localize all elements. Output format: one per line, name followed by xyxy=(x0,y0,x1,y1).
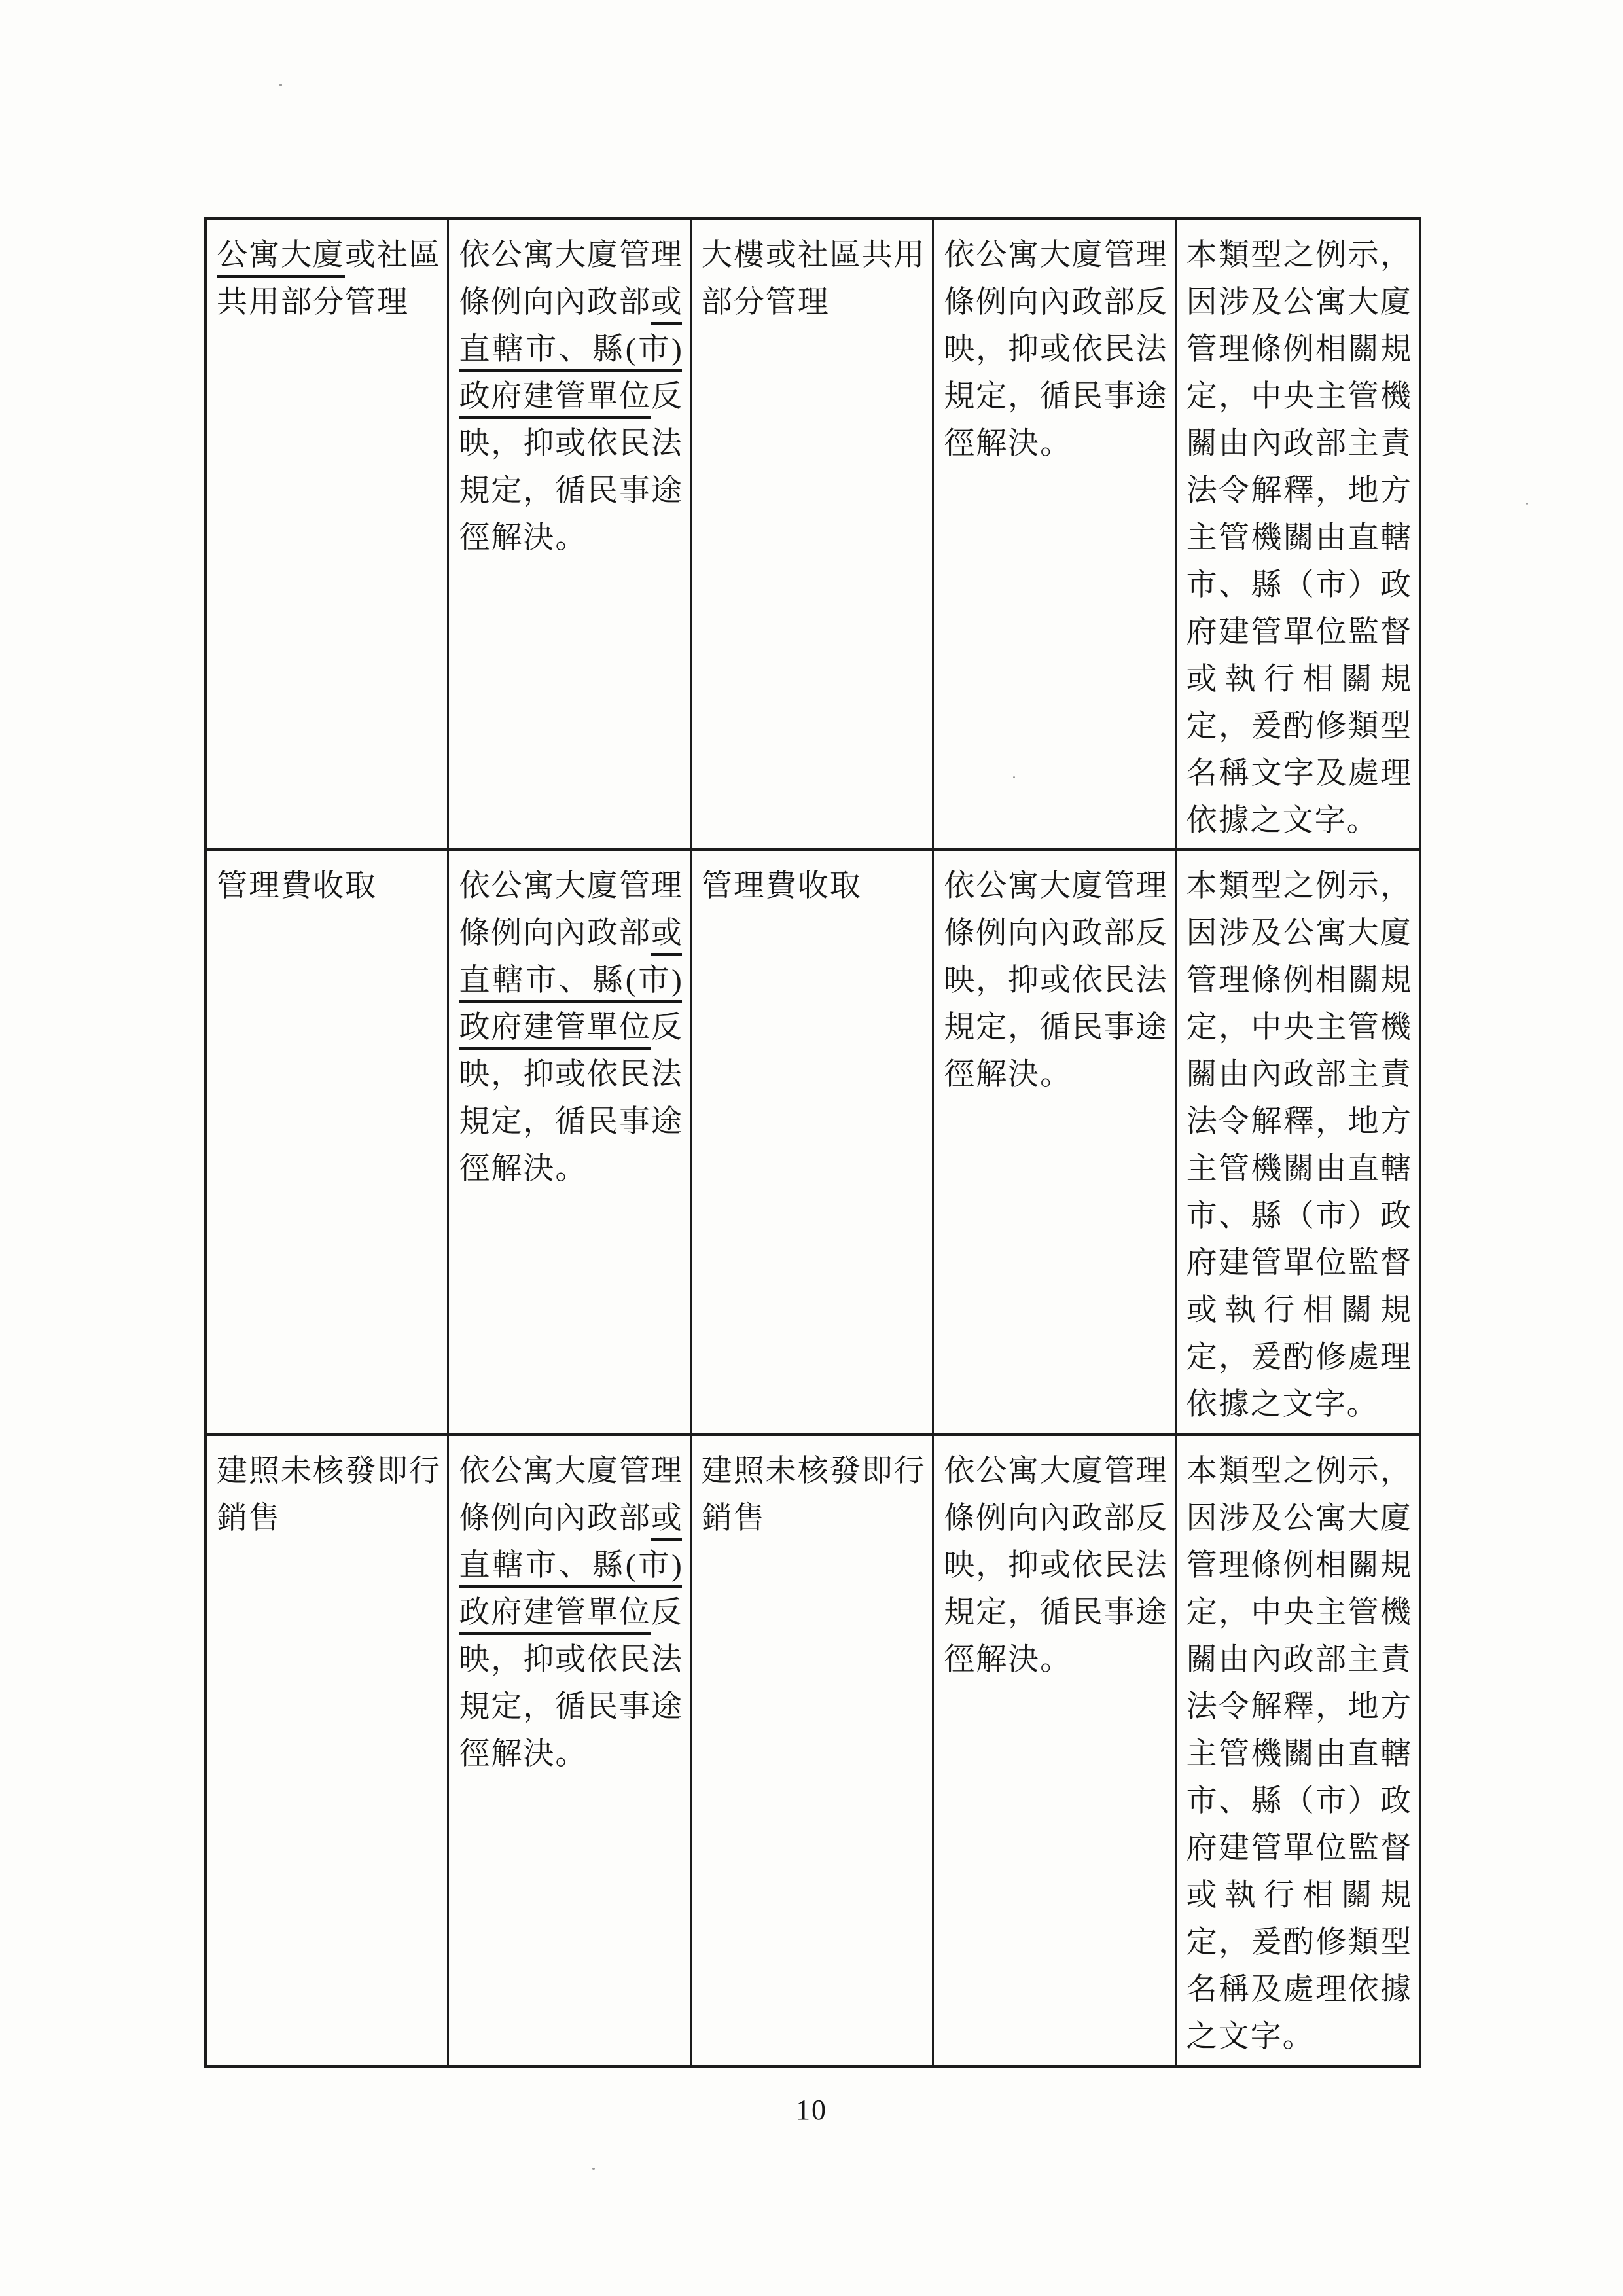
revision-comparison-table: 公寓大廈或社區共用部分管理依公寓大廈管理條例向內政部或直轄市、縣(市)政府建管單… xyxy=(204,217,1421,2068)
text-segment: 徑解決。 xyxy=(459,1152,587,1186)
underlined-text-segment: 公寓大廈 xyxy=(217,238,345,278)
text-line: 府建管單位監督 xyxy=(1186,1240,1411,1287)
text-segment: 條例向內政部反 xyxy=(944,1501,1166,1535)
text-segment: 或執行相關規 xyxy=(1186,662,1411,696)
text-line: 定，爰酌修類型 xyxy=(1186,1919,1411,1966)
text-line: 關由內政部主責 xyxy=(1186,1636,1411,1683)
text-line: 政府建管單位反 xyxy=(459,1589,681,1636)
text-segment: 共用部分管理 xyxy=(217,285,409,319)
text-line: 建照未核發即行 xyxy=(217,1448,439,1495)
text-segment: 主管機關由直轄 xyxy=(1186,1152,1411,1186)
text-line: 依公寓大廈管理 xyxy=(944,1448,1166,1495)
text-line: 徑解決。 xyxy=(459,1145,681,1193)
text-segment: 市、縣（市）政 xyxy=(1186,1199,1411,1233)
text-segment: 條例向內政部反 xyxy=(944,916,1166,950)
text-segment: 管理條例相關規 xyxy=(1186,963,1411,997)
underlined-text-segment: 直轄市、縣(市) xyxy=(459,963,681,1003)
text-segment: 管理費收取 xyxy=(702,869,862,903)
text-segment: 法令解釋，地方 xyxy=(1186,1105,1411,1139)
table-cell-r2c1: 管理費收取 xyxy=(207,851,449,1433)
text-line: 直轄市、縣(市) xyxy=(459,326,681,373)
table-cell-r3c3: 建照未核發即行銷售 xyxy=(692,1436,934,2065)
text-segment: 或社區 xyxy=(345,238,441,272)
text-segment: 依公寓大廈管理 xyxy=(944,1454,1166,1488)
text-line: 條例向內政部反 xyxy=(944,279,1166,326)
text-line: 徑解決。 xyxy=(944,1636,1166,1683)
text-line: 管理費收取 xyxy=(702,863,924,910)
text-line: 規定，循民事途 xyxy=(459,1098,681,1145)
text-segment: 徑解決。 xyxy=(944,1643,1072,1677)
text-segment: 徑解決。 xyxy=(944,427,1072,461)
text-segment: 依據之文字。 xyxy=(1186,1388,1379,1422)
text-line: 名稱文字及處理 xyxy=(1186,750,1411,797)
text-line: 政府建管單位反 xyxy=(459,1004,681,1051)
text-line: 或執行相關規 xyxy=(1186,1872,1411,1919)
table-cell-r1c4: 依公寓大廈管理條例向內政部反映，抑或依民法規定，循民事途徑解決。 xyxy=(934,220,1176,848)
text-segment: 規定，循民事途 xyxy=(944,380,1166,414)
text-segment: 規定，循民事途 xyxy=(944,1011,1166,1045)
table-cell-r3c4: 依公寓大廈管理條例向內政部反映，抑或依民法規定，循民事途徑解決。 xyxy=(934,1436,1176,2065)
text-segment: 法令解釋，地方 xyxy=(1186,474,1411,508)
text-segment: 定，爰酌修類型 xyxy=(1186,709,1411,744)
table-cell-r3c5: 本類型之例示，因涉及公寓大廈管理條例相關規定，中央主管機關由內政部主責法令解釋，… xyxy=(1177,1436,1419,2065)
table-cell-r2c5: 本類型之例示，因涉及公寓大廈管理條例相關規定，中央主管機關由內政部主責法令解釋，… xyxy=(1177,851,1419,1433)
text-line: 徑解決。 xyxy=(944,1051,1166,1098)
text-segment: 定，中央主管機 xyxy=(1186,380,1411,414)
table-row: 公寓大廈或社區共用部分管理依公寓大廈管理條例向內政部或直轄市、縣(市)政府建管單… xyxy=(207,220,1419,851)
text-segment: 關由內政部主責 xyxy=(1186,427,1411,461)
text-line: 直轄市、縣(市) xyxy=(459,957,681,1004)
table-cell-r3c2: 依公寓大廈管理條例向內政部或直轄市、縣(市)政府建管單位反映，抑或依民法規定，循… xyxy=(449,1436,691,2065)
text-segment: 本類型之例示， xyxy=(1186,869,1411,903)
text-line: 公寓大廈或社區 xyxy=(217,232,439,279)
text-segment: 反 xyxy=(651,1596,682,1630)
text-line: 市、縣（市）政 xyxy=(1186,562,1411,609)
text-line: 映，抑或依民法 xyxy=(459,1051,681,1098)
text-line: 因涉及公寓大廈 xyxy=(1186,910,1411,957)
text-segment: 市、縣（市）政 xyxy=(1186,568,1411,602)
text-segment: 定，爰酌修類型 xyxy=(1186,1926,1411,1960)
text-segment: 條例向內政部 xyxy=(459,1501,651,1535)
text-segment: 之文字。 xyxy=(1186,2020,1315,2054)
text-segment: 規定，循民事途 xyxy=(944,1596,1166,1630)
text-line: 銷售 xyxy=(702,1495,924,1542)
text-line: 映，抑或依民法 xyxy=(944,957,1166,1004)
text-line: 或執行相關規 xyxy=(1186,1287,1411,1334)
text-line: 徑解決。 xyxy=(459,514,681,562)
text-line: 定，爰酌修處理 xyxy=(1186,1334,1411,1381)
text-line: 建照未核發即行 xyxy=(702,1448,924,1495)
text-line: 本類型之例示， xyxy=(1186,1448,1411,1495)
text-segment: 或執行相關規 xyxy=(1186,1878,1411,1912)
text-line: 本類型之例示， xyxy=(1186,232,1411,279)
text-line: 直轄市、縣(市) xyxy=(459,1542,681,1589)
text-segment: 規定，循民事途 xyxy=(459,1105,681,1139)
text-segment: 府建管單位監督 xyxy=(1186,615,1411,649)
text-line: 條例向內政部或 xyxy=(459,279,681,326)
text-segment: 銷售 xyxy=(702,1501,766,1535)
text-line: 條例向內政部或 xyxy=(459,910,681,957)
text-segment: 主管機關由直轄 xyxy=(1186,521,1411,555)
text-line: 條例向內政部反 xyxy=(944,910,1166,957)
text-line: 關由內政部主責 xyxy=(1186,420,1411,467)
text-line: 定，中央主管機 xyxy=(1186,1589,1411,1636)
text-segment: 建照未核發即行 xyxy=(217,1454,441,1488)
text-line: 法令解釋，地方 xyxy=(1186,1098,1411,1145)
text-segment: 依公寓大廈管理 xyxy=(459,1454,681,1488)
text-line: 市、縣（市）政 xyxy=(1186,1193,1411,1240)
text-line: 市、縣（市）政 xyxy=(1186,1778,1411,1825)
text-segment: 管理條例相關規 xyxy=(1186,1549,1411,1583)
text-segment: 關由內政部主責 xyxy=(1186,1058,1411,1092)
text-segment: 市、縣（市）政 xyxy=(1186,1784,1411,1818)
table-cell-r2c2: 依公寓大廈管理條例向內政部或直轄市、縣(市)政府建管單位反映，抑或依民法規定，循… xyxy=(449,851,691,1433)
text-line: 因涉及公寓大廈 xyxy=(1186,279,1411,326)
text-segment: 映，抑或依民法 xyxy=(459,427,681,461)
scanned-document-page: 公寓大廈或社區共用部分管理依公寓大廈管理條例向內政部或直轄市、縣(市)政府建管單… xyxy=(0,0,1623,2296)
text-line: 關由內政部主責 xyxy=(1186,1051,1411,1098)
text-segment: 徑解決。 xyxy=(944,1058,1072,1092)
text-line: 依據之文字。 xyxy=(1186,1381,1411,1428)
text-line: 銷售 xyxy=(217,1495,439,1542)
text-segment: 映，抑或依民法 xyxy=(944,1549,1166,1583)
table-cell-r1c2: 依公寓大廈管理條例向內政部或直轄市、縣(市)政府建管單位反映，抑或依民法規定，循… xyxy=(449,220,691,848)
underlined-text-segment: 政府建管單位 xyxy=(459,1011,651,1050)
underlined-text-segment: 直轄市、縣(市) xyxy=(459,332,681,372)
text-line: 管理條例相關規 xyxy=(1186,326,1411,373)
scan-speck xyxy=(1013,776,1015,778)
text-segment: 定，中央主管機 xyxy=(1186,1596,1411,1630)
text-segment: 因涉及公寓大廈 xyxy=(1186,285,1411,319)
text-line: 管理費收取 xyxy=(217,863,439,910)
text-line: 依據之文字。 xyxy=(1186,797,1411,844)
text-line: 規定，循民事途 xyxy=(459,467,681,514)
text-segment: 映，抑或依民法 xyxy=(459,1643,681,1677)
text-line: 依公寓大廈管理 xyxy=(944,863,1166,910)
text-line: 之文字。 xyxy=(1186,2013,1411,2060)
text-line: 政府建管單位反 xyxy=(459,373,681,420)
text-line: 名稱及處理依據 xyxy=(1186,1966,1411,2013)
text-line: 依公寓大廈管理 xyxy=(459,1448,681,1495)
text-line: 因涉及公寓大廈 xyxy=(1186,1495,1411,1542)
text-segment: 本類型之例示， xyxy=(1186,238,1411,272)
text-segment: 規定，循民事途 xyxy=(459,474,681,508)
text-line: 部分管理 xyxy=(702,279,924,326)
page-number: 10 xyxy=(0,2093,1623,2126)
text-line: 映，抑或依民法 xyxy=(459,1636,681,1683)
text-segment: 依公寓大廈管理 xyxy=(944,238,1166,272)
text-line: 規定，循民事途 xyxy=(944,1004,1166,1051)
underlined-text-segment: 或 xyxy=(651,916,682,956)
text-segment: 關由內政部主責 xyxy=(1186,1643,1411,1677)
text-segment: 銷售 xyxy=(217,1501,281,1535)
text-segment: 依公寓大廈管理 xyxy=(459,869,681,903)
table-row: 建照未核發即行銷售依公寓大廈管理條例向內政部或直轄市、縣(市)政府建管單位反映，… xyxy=(207,1436,1419,2065)
table-cell-r1c5: 本類型之例示，因涉及公寓大廈管理條例相關規定，中央主管機關由內政部主責法令解釋，… xyxy=(1177,220,1419,848)
text-line: 管理條例相關規 xyxy=(1186,957,1411,1004)
text-line: 共用部分管理 xyxy=(217,279,439,326)
text-segment: 條例向內政部 xyxy=(459,916,651,950)
text-segment: 大樓或社區共用 xyxy=(702,238,926,272)
text-line: 或執行相關規 xyxy=(1186,656,1411,703)
text-line: 規定，循民事途 xyxy=(944,373,1166,420)
text-line: 映，抑或依民法 xyxy=(944,1542,1166,1589)
text-segment: 反 xyxy=(651,380,682,414)
text-line: 本類型之例示， xyxy=(1186,863,1411,910)
text-line: 依公寓大廈管理 xyxy=(459,863,681,910)
text-line: 徑解決。 xyxy=(459,1731,681,1778)
text-segment: 條例向內政部反 xyxy=(944,285,1166,319)
text-line: 府建管單位監督 xyxy=(1186,609,1411,656)
underlined-text-segment: 政府建管單位 xyxy=(459,1596,651,1635)
text-segment: 府建管單位監督 xyxy=(1186,1246,1411,1280)
text-segment: 因涉及公寓大廈 xyxy=(1186,916,1411,950)
text-segment: 名稱及處理依據 xyxy=(1186,1973,1411,2007)
text-segment: 名稱文字及處理 xyxy=(1186,757,1411,791)
text-line: 府建管單位監督 xyxy=(1186,1825,1411,1872)
table-cell-r2c3: 管理費收取 xyxy=(692,851,934,1433)
text-segment: 映，抑或依民法 xyxy=(944,963,1166,997)
text-segment: 管理條例相關規 xyxy=(1186,332,1411,367)
scan-speck xyxy=(279,84,282,86)
text-segment: 主管機關由直轄 xyxy=(1186,1737,1411,1771)
text-segment: 管理費收取 xyxy=(217,869,377,903)
table-cell-r2c4: 依公寓大廈管理條例向內政部反映，抑或依民法規定，循民事途徑解決。 xyxy=(934,851,1176,1433)
text-line: 大樓或社區共用 xyxy=(702,232,924,279)
text-segment: 部分管理 xyxy=(702,285,830,319)
text-segment: 映，抑或依民法 xyxy=(459,1058,681,1092)
text-line: 法令解釋，地方 xyxy=(1186,1683,1411,1731)
underlined-text-segment: 直轄市、縣(市) xyxy=(459,1549,681,1588)
text-line: 定，中央主管機 xyxy=(1186,373,1411,420)
text-line: 規定，循民事途 xyxy=(944,1589,1166,1636)
text-line: 規定，循民事途 xyxy=(459,1683,681,1731)
text-line: 法令解釋，地方 xyxy=(1186,467,1411,514)
text-segment: 定，中央主管機 xyxy=(1186,1011,1411,1045)
text-segment: 依據之文字。 xyxy=(1186,804,1379,838)
text-line: 徑解決。 xyxy=(944,420,1166,467)
text-line: 主管機關由直轄 xyxy=(1186,1145,1411,1193)
text-segment: 依公寓大廈管理 xyxy=(944,869,1166,903)
underlined-text-segment: 政府建管單位 xyxy=(459,380,651,419)
text-line: 條例向內政部反 xyxy=(944,1495,1166,1542)
text-line: 映，抑或依民法 xyxy=(459,420,681,467)
text-segment: 依公寓大廈管理 xyxy=(459,238,681,272)
table-cell-r1c3: 大樓或社區共用部分管理 xyxy=(692,220,934,848)
text-line: 主管機關由直轄 xyxy=(1186,514,1411,562)
text-segment: 建照未核發即行 xyxy=(702,1454,926,1488)
text-line: 管理條例相關規 xyxy=(1186,1542,1411,1589)
text-line: 條例向內政部或 xyxy=(459,1495,681,1542)
text-segment: 徑解決。 xyxy=(459,1737,587,1771)
scan-speck xyxy=(1526,503,1528,505)
text-line: 主管機關由直轄 xyxy=(1186,1731,1411,1778)
text-line: 依公寓大廈管理 xyxy=(459,232,681,279)
text-line: 定，中央主管機 xyxy=(1186,1004,1411,1051)
table-cell-r1c1: 公寓大廈或社區共用部分管理 xyxy=(207,220,449,848)
table-cell-r3c1: 建照未核發即行銷售 xyxy=(207,1436,449,2065)
text-segment: 本類型之例示， xyxy=(1186,1454,1411,1488)
text-segment: 法令解釋，地方 xyxy=(1186,1690,1411,1724)
text-line: 定，爰酌修類型 xyxy=(1186,703,1411,750)
text-segment: 因涉及公寓大廈 xyxy=(1186,1501,1411,1535)
text-segment: 規定，循民事途 xyxy=(459,1690,681,1724)
underlined-text-segment: 或 xyxy=(651,1501,682,1541)
text-segment: 定，爰酌修處理 xyxy=(1186,1340,1411,1374)
text-segment: 或執行相關規 xyxy=(1186,1293,1411,1327)
text-segment: 府建管單位監督 xyxy=(1186,1831,1411,1865)
underlined-text-segment: 或 xyxy=(651,285,682,325)
text-segment: 條例向內政部 xyxy=(459,285,651,319)
text-segment: 徑解決。 xyxy=(459,521,587,555)
text-line: 映，抑或依民法 xyxy=(944,326,1166,373)
table-row: 管理費收取依公寓大廈管理條例向內政部或直轄市、縣(市)政府建管單位反映，抑或依民… xyxy=(207,851,1419,1436)
scan-speck xyxy=(592,2168,595,2170)
text-line: 依公寓大廈管理 xyxy=(944,232,1166,279)
text-segment: 映，抑或依民法 xyxy=(944,332,1166,367)
text-segment: 反 xyxy=(651,1011,682,1045)
